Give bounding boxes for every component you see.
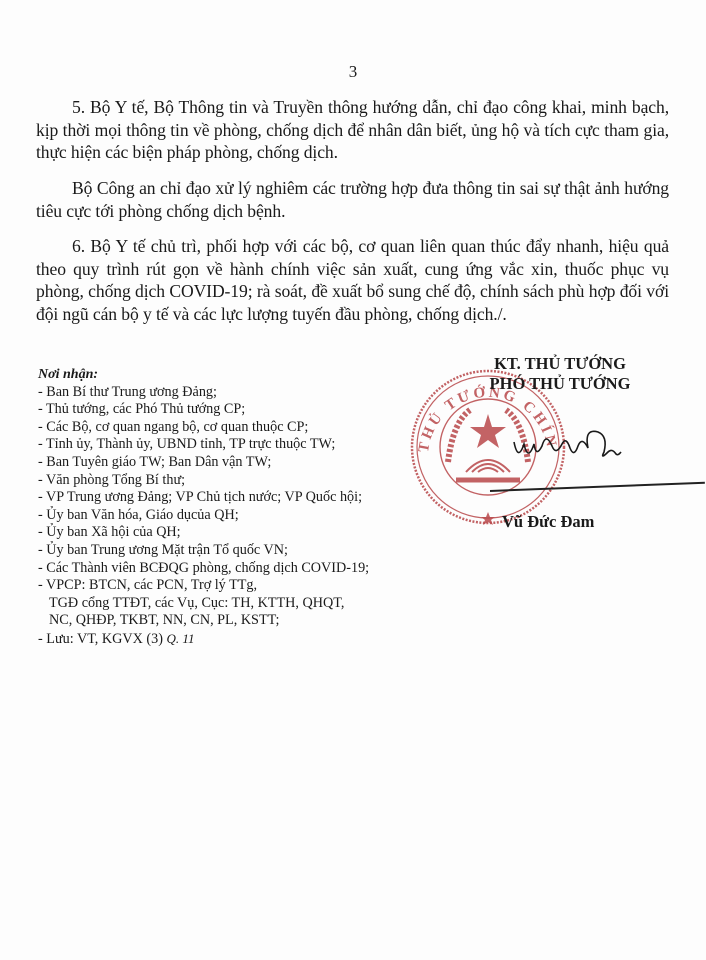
signature-title-2: PHÓ THỦ TƯỚNG bbox=[460, 374, 660, 394]
paragraph-police: Bộ Công an chỉ đạo xử lý nghiêm các trườ… bbox=[36, 177, 669, 222]
signature-title-1: KT. THỦ TƯỚNG bbox=[460, 354, 660, 374]
page-number: 3 bbox=[0, 62, 706, 82]
recipient-item: - Các Bộ, cơ quan ngang bộ, cơ quan thuộ… bbox=[38, 419, 398, 437]
handwritten-signature-icon bbox=[512, 422, 622, 467]
recipients-title: Nơi nhận: bbox=[38, 366, 398, 384]
recipient-item: - Văn phòng Tổng Bí thư; bbox=[38, 472, 398, 490]
recipient-item: - Ban Bí thư Trung ương Đảng; bbox=[38, 384, 398, 402]
recipient-item: - VPCP: BTCN, các PCN, Trợ lý TTg, bbox=[38, 577, 398, 595]
recipient-item: - Các Thành viên BCĐQG phòng, chống dịch… bbox=[38, 560, 398, 578]
recipient-item-archive: - Lưu: VT, KGVX (3) Q. 11 bbox=[38, 630, 398, 649]
recipient-item: - Ủy ban Văn hóa, Giáo dụcủa QH; bbox=[38, 507, 398, 525]
recipient-item: - Ủy ban Xã hội của QH; bbox=[38, 524, 398, 542]
recipient-item: - VP Trung ương Đảng; VP Chủ tịch nước; … bbox=[38, 489, 398, 507]
recipient-item: - Thủ tướng, các Phó Thủ tướng CP; bbox=[38, 401, 398, 419]
recipients-list: Nơi nhận: - Ban Bí thư Trung ương Đảng; … bbox=[38, 366, 398, 649]
recipient-item: NC, QHĐP, TKBT, NN, CN, PL, KSTT; bbox=[38, 612, 398, 630]
recipient-item: - Tỉnh ủy, Thành ủy, UBND tỉnh, TP trực … bbox=[38, 436, 398, 454]
paragraph-5: 5. Bộ Y tế, Bộ Thông tin và Truyền thông… bbox=[36, 96, 669, 164]
recipient-item: - Ban Tuyên giáo TW; Ban Dân vận TW; bbox=[38, 454, 398, 472]
paragraph-6: 6. Bộ Y tế chủ trì, phối hợp với các bộ,… bbox=[36, 235, 669, 325]
signature-block: THỦ TƯỚNG CHÍNH PHỦ KT. THỦ TƯỚNG PHÓ TH… bbox=[400, 352, 706, 542]
signer-name: Vũ Đức Đam bbox=[502, 512, 652, 532]
recipient-item: TGĐ cổng TTĐT, các Vụ, Cục: TH, KTTH, QH… bbox=[38, 595, 398, 613]
recipient-item: - Ủy ban Trung ương Mặt trận Tổ quốc VN; bbox=[38, 542, 398, 560]
handwritten-note: Q. 11 bbox=[167, 631, 195, 646]
archive-label: - Lưu: VT, KGVX (3) bbox=[38, 631, 163, 647]
